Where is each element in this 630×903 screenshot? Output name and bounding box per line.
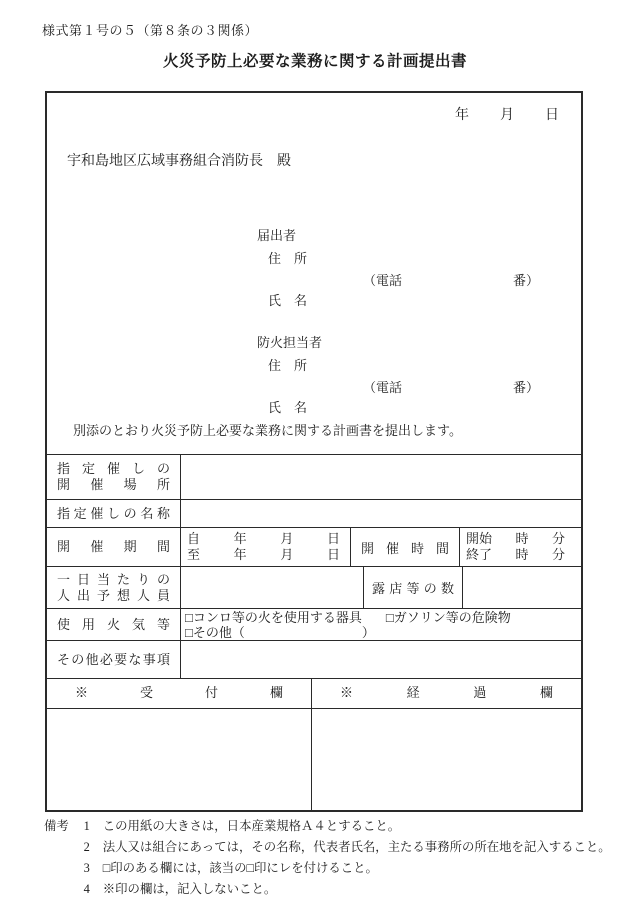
notifier-name-label: 氏 名 [268,292,307,309]
period-dates-cell: 自 年 月 日 至 年 月 日 [180,528,350,566]
fire-manager-phone-open: （電話 [363,379,402,396]
checkbox-option-konro: □コンロ等の火を使用する器具 [185,610,362,625]
time-label: 開催時間 [350,528,459,566]
row-attendance: 一日当たりの 人出予想人員 露店等の数 [47,566,581,608]
period-label: 開催期間 [47,528,180,566]
row-section-body [47,708,581,810]
day-label: 日 [545,104,559,124]
venue-label: 指定催しの 開催場所 [47,455,180,499]
fire-use-options-cell: □コンロ等の火を使用する器具 □ガソリン等の危険物 □その他（ ） [180,609,581,640]
fire-use-label: 使用火気等 [47,609,180,640]
notes-items: 1 この用紙の大きさは，日本産業規格Ａ４とすること。 2 法人又は組合にあっては… [80,816,611,900]
note-item: 2 法人又は組合にあっては，その名称，代表者氏名，主たる事務所の所在地を記入する… [80,837,611,858]
row-venue: 指定催しの 開催場所 [47,454,581,499]
notes-label: 備考 [44,816,69,900]
submission-sentence: 別添のとおり火災予防上必要な業務に関する計画書を提出します。 [73,422,462,439]
fire-manager-heading: 防火担当者 [257,334,322,351]
notifier-phone-line: （電話 番） [363,272,539,289]
date-line: 年 月 日 [455,104,559,124]
venue-value-cell [180,455,581,499]
row-fire-use: 使用火気等 □コンロ等の火を使用する器具 □ガソリン等の危険物 □その他（ ） [47,608,581,640]
time-values-cell: 開始 時 分 終了 時 分 [459,528,581,566]
row-other-items: その他必要な事項 [47,640,581,678]
progress-column-header: ※ 経 過 欄 [311,679,581,708]
month-label: 月 [500,104,514,124]
fire-prevention-plan-form: 様式第１号の５（第８条の３関係） 火災予防上必要な業務に関する計画提出書 年 月… [0,0,630,903]
period-to-line: 至 年 月 日 [187,547,340,563]
fire-manager-phone-line: （電話 番） [363,379,539,396]
stalls-label: 露店等の数 [363,567,462,608]
fire-manager-name-label: 氏 名 [268,399,307,416]
page-title: 火災予防上必要な業務に関する計画提出書 [0,49,630,71]
note-item: 3 □印のある欄には，該当の□印にレを付けること。 [80,858,611,879]
note-item: 1 この用紙の大きさは，日本産業規格Ａ４とすること。 [80,816,611,837]
stalls-value-cell [462,567,581,608]
notifier-phone-open: （電話 [363,272,402,289]
form-number: 様式第１号の５（第８条の３関係） [42,20,258,39]
fire-manager-phone-close: 番） [513,379,539,396]
other-items-label: その他必要な事項 [47,641,180,678]
form-table: 指定催しの 開催場所 指定催しの名称 開催期間 自 年 [47,454,581,810]
attendance-value-cell [180,567,363,608]
reception-area-cell [47,709,311,810]
notes: 備考 1 この用紙の大きさは，日本産業規格Ａ４とすること。 2 法人又は組合にあ… [44,816,611,900]
row-section-headers: ※ 受 付 欄 ※ 経 過 欄 [47,678,581,708]
addressee-line: 宇和島地区広域事務組合消防長 殿 [67,150,291,170]
row-period: 開催期間 自 年 月 日 至 年 月 日 [47,527,581,566]
note-item: 4 ※印の欄は，記入しないこと。 [80,879,611,900]
event-name-label: 指定催しの名称 [47,500,180,527]
form-frame: 年 月 日 宇和島地区広域事務組合消防長 殿 届出者 住 所 （電話 番） 氏 … [45,91,583,812]
checkbox-option-gasoline: □ガソリン等の危険物 [386,610,511,625]
fire-use-options-line1: □コンロ等の火を使用する器具 □ガソリン等の危険物 [185,610,575,625]
attendance-label: 一日当たりの 人出予想人員 [47,567,180,608]
other-items-value-cell [180,641,581,678]
notifier-phone-close: 番） [513,272,539,289]
time-end-line: 終了 時 分 [466,547,565,563]
fire-manager-address-label: 住 所 [268,357,307,374]
event-name-value-cell [180,500,581,527]
progress-area-cell [311,709,581,810]
row-event-name: 指定催しの名称 [47,499,581,527]
reception-column-header: ※ 受 付 欄 [47,679,311,708]
time-start-line: 開始 時 分 [466,531,565,547]
year-label: 年 [455,104,469,124]
notifier-address-label: 住 所 [268,250,307,267]
period-from-line: 自 年 月 日 [187,531,340,547]
notifier-heading: 届出者 [257,227,296,244]
checkbox-option-other: □その他（ ） [185,625,575,640]
